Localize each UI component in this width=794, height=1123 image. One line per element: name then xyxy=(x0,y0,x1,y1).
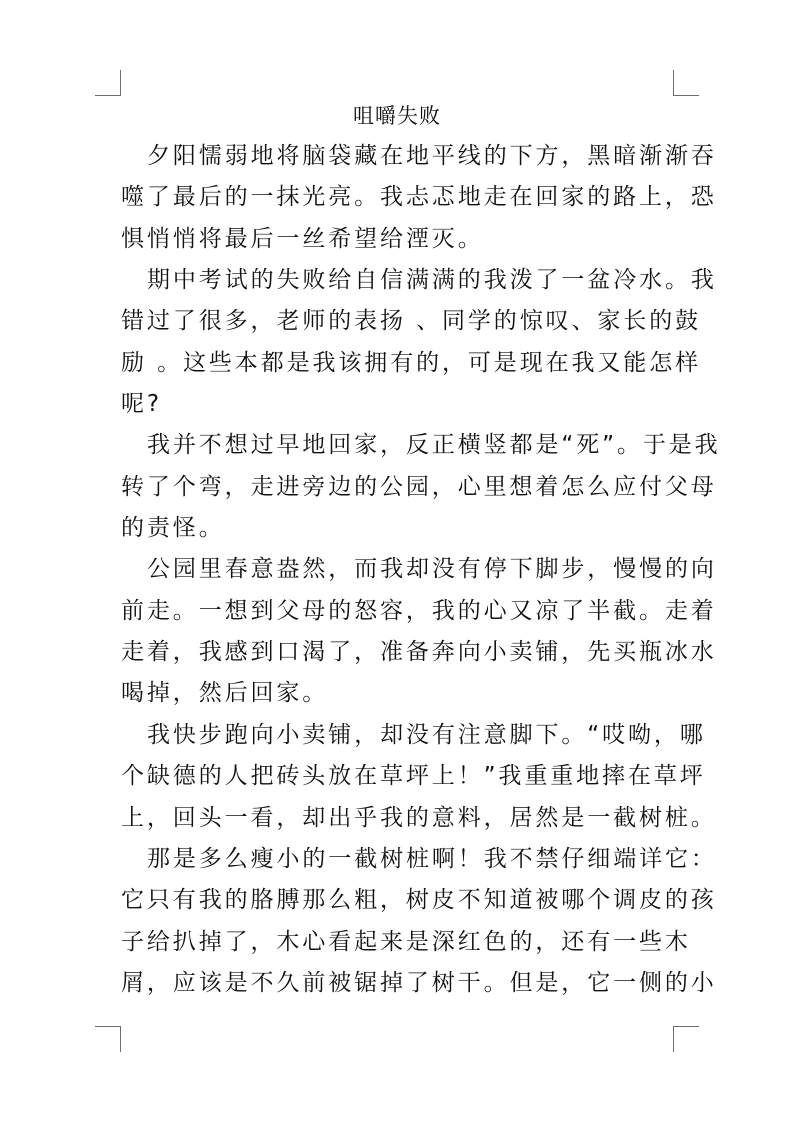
paragraph-6: 那是多么瘦小的一截树桩啊！我不禁仔细端详它： 它只有我的胳膊那么粗，树皮不知道被… xyxy=(121,839,673,1004)
crop-mark-top-right xyxy=(673,70,699,96)
text-line: 子给扒掉了，木心看起来是深红色的，还有一些木 xyxy=(121,922,673,963)
text-line: 呢? xyxy=(121,384,673,425)
text-line: 错过了很多，老师的表扬 、同学的惊叹、家长的鼓 xyxy=(121,301,673,342)
text-line: 那是多么瘦小的一截树桩啊！我不禁仔细端详它： xyxy=(121,839,673,880)
text-line: 个缺德的人把砖头放在草坪上！”我重重地摔在草坪 xyxy=(121,756,673,797)
text-line: 前走。一想到父母的怒容，我的心又凉了半截。走着 xyxy=(121,591,673,632)
crop-mark-bottom-left xyxy=(95,1026,121,1052)
crop-mark-top-left xyxy=(95,70,121,96)
document-body: 咀嚼失败 夕阳懦弱地将脑袋藏在地平线的下方，黑暗渐渐吞 噬了最后的一抹光亮。我忐… xyxy=(121,96,673,1004)
document-title: 咀嚼失败 xyxy=(121,96,673,136)
text-line: 期中考试的失败给自信满满的我泼了一盆冷水。我 xyxy=(121,260,673,301)
text-line: 的责怪。 xyxy=(121,508,673,549)
text-line: 走着，我感到口渴了，准备奔向小卖铺，先买瓶冰水 xyxy=(121,632,673,673)
text-line: 上，回头一看，却出乎我的意料，居然是一截树桩。 xyxy=(121,798,673,839)
paragraph-4: 公园里春意盎然，而我却没有停下脚步，慢慢的向 前走。一想到父母的怒容，我的心又凉… xyxy=(121,549,673,714)
paragraph-5: 我快步跑向小卖铺，却没有注意脚下。“哎呦，哪 个缺德的人把砖头放在草坪上！”我重… xyxy=(121,715,673,839)
paragraph-3: 我并不想过早地回家，反正横竖都是“死”。于是我 转了个弯，走进旁边的公园，心里想… xyxy=(121,425,673,549)
text-line: 我快步跑向小卖铺，却没有注意脚下。“哎呦，哪 xyxy=(121,715,673,756)
crop-mark-bottom-right xyxy=(673,1026,699,1052)
text-line: 喝掉，然后回家。 xyxy=(121,673,673,714)
document-page: 咀嚼失败 夕阳懦弱地将脑袋藏在地平线的下方，黑暗渐渐吞 噬了最后的一抹光亮。我忐… xyxy=(0,0,794,1123)
text-line: 夕阳懦弱地将脑袋藏在地平线的下方，黑暗渐渐吞 xyxy=(121,136,673,177)
text-line: 惧悄悄将最后一丝希望给湮灭。 xyxy=(121,219,673,260)
paragraph-2: 期中考试的失败给自信满满的我泼了一盆冷水。我 错过了很多，老师的表扬 、同学的惊… xyxy=(121,260,673,425)
text-line: 励 。这些本都是我该拥有的，可是现在我又能怎样 xyxy=(121,343,673,384)
text-line: 噬了最后的一抹光亮。我忐忑地走在回家的路上，恐 xyxy=(121,177,673,218)
text-line: 转了个弯，走进旁边的公园，心里想着怎么应付父母 xyxy=(121,467,673,508)
paragraph-1: 夕阳懦弱地将脑袋藏在地平线的下方，黑暗渐渐吞 噬了最后的一抹光亮。我忐忑地走在回… xyxy=(121,136,673,260)
text-line: 屑，应该是不久前被锯掉了树干。但是，它一侧的小 xyxy=(121,963,673,1004)
text-line: 公园里春意盎然，而我却没有停下脚步，慢慢的向 xyxy=(121,549,673,590)
text-line: 它只有我的胳膊那么粗，树皮不知道被哪个调皮的孩 xyxy=(121,880,673,921)
text-line: 我并不想过早地回家，反正横竖都是“死”。于是我 xyxy=(121,425,673,466)
